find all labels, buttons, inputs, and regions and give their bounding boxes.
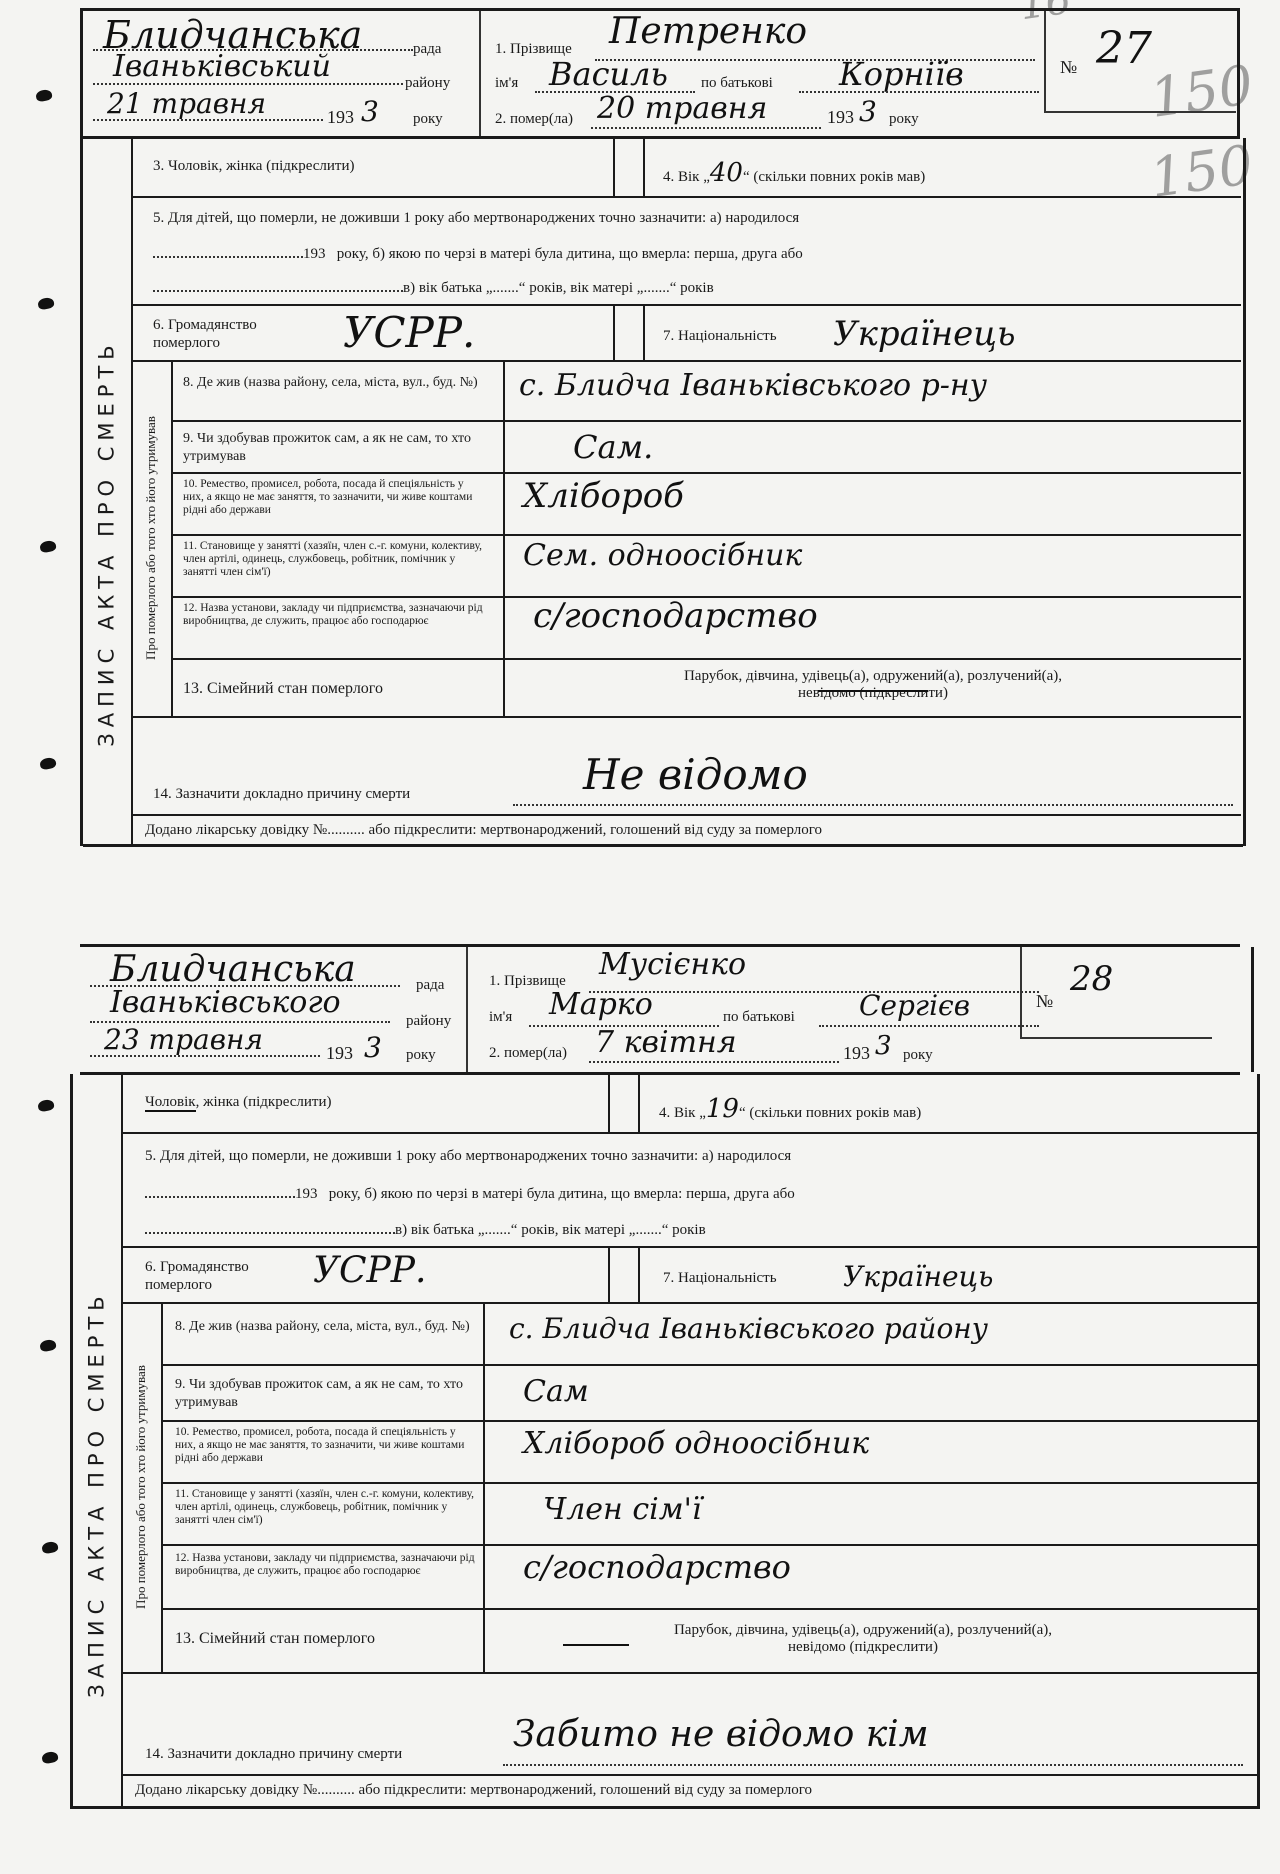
q5-line3: в) вік батька „.......“ років, вік матер… <box>153 280 714 297</box>
footer-note: Додано лікарську довідку №.......... або… <box>145 822 822 839</box>
citizenship-value: УСРР. <box>313 1250 426 1291</box>
q6-citizenship-label: 6. Громадянство померлого <box>153 316 293 352</box>
q11-status-label: 11. Становище у занятті (хазяїн, член с.… <box>183 540 483 579</box>
year-label: року <box>413 111 443 128</box>
number-label: № <box>1060 57 1077 78</box>
death-year-digit: 3 <box>859 95 877 128</box>
raion-value: Іваньківського <box>110 985 341 1020</box>
side-title: ЗАПИС АКТА ПРО СМЕРТЬ <box>73 1174 121 1814</box>
q12-institution-label: 12. Назва установи, закладу чи підприємс… <box>183 602 483 628</box>
employment-status-value: Член сім'ї <box>543 1492 701 1527</box>
q14-cause-label: 14. Зазначити докладно причину смерти <box>145 1746 402 1763</box>
institution-value: с/господарство <box>523 1548 791 1586</box>
death-date-value: 7 квітня <box>595 1025 737 1060</box>
cause-of-death-value: Забито не відомо кім <box>513 1714 929 1755</box>
q13-marital-label: 13. Сімейний стан померлого <box>175 1630 375 1648</box>
died-label: 2. помер(ла) <box>489 1045 567 1062</box>
surname-value: Мусієнко <box>599 947 746 982</box>
livelihood-value: Сам <box>523 1374 589 1409</box>
death-year-prefix: 193 <box>827 107 854 128</box>
record-year-prefix: 193 <box>326 1043 353 1064</box>
record-number-block: № 27 <box>1044 11 1236 113</box>
name-label: ім'я <box>489 1009 512 1026</box>
deceased-name-block: 1. Прізвище Мусієнко ім'я Марко по батьк… <box>479 947 1044 1072</box>
punch-hole <box>35 89 53 103</box>
footer-note: Додано лікарську довідку №.......... або… <box>135 1782 812 1799</box>
punch-hole <box>39 757 57 771</box>
q7-nationality-label: 7. Національність <box>663 328 777 345</box>
death-year-label: року <box>889 111 919 128</box>
q5-infant-label: 5. Для дітей, що померли, не доживши 1 р… <box>153 210 799 227</box>
employment-status-value: Сем. одноосібник <box>523 538 802 573</box>
patronymic-label: по батькові <box>723 1009 795 1026</box>
q5-line2: 193 року, б) якою по черзі в матері була… <box>153 246 803 263</box>
registry-office-block: Блидчанська рада Іваньківський району 21… <box>80 11 481 136</box>
name-value: Василь <box>549 55 668 93</box>
record-body: ЗАПИС АКТА ПРО СМЕРТЬ Чоловік, жінка (пі… <box>70 1074 1260 1809</box>
age-value: 40 <box>710 158 743 188</box>
marital-underline <box>818 690 928 692</box>
name-value: Марко <box>549 987 653 1022</box>
q3-gender-label: Чоловік, жінка (підкреслити) <box>145 1094 332 1111</box>
citizenship-value: УСРР. <box>343 308 475 357</box>
nationality-value: Українець <box>833 314 1016 354</box>
raion-label: району <box>406 1013 451 1030</box>
surname-value: Петренко <box>609 11 807 52</box>
death-year-digit: 3 <box>875 1031 892 1061</box>
q5-line2: 193 року, б) якою по черзі в матері була… <box>145 1186 795 1203</box>
side-title: ЗАПИС АКТА ПРО СМЕРТЬ <box>83 238 131 848</box>
q4-age-label: 4. Вік „19“ (скільки повних років мав) <box>659 1094 921 1124</box>
rada-value: Блидчанська <box>110 949 356 990</box>
died-label: 2. помер(ла) <box>495 111 573 128</box>
record-number: 27 <box>1096 23 1152 74</box>
q7-nationality-label: 7. Національність <box>663 1270 777 1287</box>
q8-residence-label: 8. Де жив (назва району, села, міста, ву… <box>175 1318 475 1336</box>
q10-occupation-label: 10. Ремество, промисел, робота, посада й… <box>175 1426 475 1465</box>
record-year-digit: 3 <box>364 1031 382 1064</box>
q12-institution-label: 12. Назва установи, закладу чи підприємс… <box>175 1552 475 1578</box>
cause-of-death-value: Не відомо <box>583 750 808 799</box>
patronymic-label: по батькові <box>701 75 773 92</box>
side-subtitle: Про померлого або того хто його утримува… <box>131 360 171 716</box>
death-year-prefix: 193 <box>843 1043 870 1064</box>
record-header: Блидчанська рада Іваньківський району 21… <box>80 8 1240 141</box>
q11-status-label: 11. Становище у занятті (хазяїн, член с.… <box>175 1488 475 1527</box>
punch-hole <box>41 1751 59 1765</box>
livelihood-value: Сам. <box>573 428 653 466</box>
record-date-value: 23 травня <box>104 1023 263 1056</box>
q6-citizenship-label: 6. Громадянство померлого <box>145 1258 285 1294</box>
rada-label: рада <box>416 977 444 994</box>
q4-age-label: 4. Вік „40“ (скільки повних років мав) <box>663 158 925 188</box>
rada-label: рада <box>413 41 441 58</box>
registry-office-block: Блидчанська рада Іваньківського району 2… <box>70 947 468 1072</box>
residence-value: с. Блидча Іваньківського району <box>509 1312 988 1345</box>
patronymic-value: Корніїв <box>839 55 964 93</box>
q10-occupation-label: 10. Ремество, промисел, робота, посада й… <box>183 478 483 517</box>
punch-hole <box>41 1541 59 1555</box>
death-year-label: року <box>903 1047 933 1064</box>
punch-hole <box>39 540 57 554</box>
name-label: ім'я <box>495 75 518 92</box>
occupation-value: Хлібороб одноосібник <box>523 1426 869 1461</box>
record-year-prefix: 193 <box>327 107 354 128</box>
patronymic-value: Сергієв <box>859 989 970 1022</box>
q13-options: Парубок, дівчина, удівець(а), одружений(… <box>503 1622 1223 1656</box>
record-date-value: 21 травня <box>107 87 266 120</box>
punch-hole <box>37 297 55 311</box>
raion-value: Іваньківський <box>113 49 331 84</box>
record-number-block: № 28 <box>1020 947 1212 1039</box>
q5-line3: в) вік батька „.......“ років, вік матер… <box>145 1222 706 1239</box>
side-subtitle: Про померлого або того хто його утримува… <box>121 1302 161 1672</box>
death-record-2: Блидчанська рада Іваньківського району 2… <box>80 944 1240 1804</box>
q8-residence-label: 8. Де жив (назва району, села, міста, ву… <box>183 374 483 392</box>
occupation-value: Хлібороб <box>523 476 684 516</box>
raion-label: району <box>405 75 450 92</box>
institution-value: с/господарство <box>533 596 818 636</box>
punch-hole <box>39 1339 57 1353</box>
marital-underline <box>563 1644 629 1646</box>
nationality-value: Українець <box>843 1260 993 1293</box>
number-label: № <box>1036 991 1053 1012</box>
year-label: року <box>406 1047 436 1064</box>
q13-options: Парубок, дівчина, удівець(а), одружений(… <box>523 668 1223 702</box>
q5-infant-label: 5. Для дітей, що померли, не доживши 1 р… <box>145 1148 791 1165</box>
record-number: 28 <box>1070 959 1113 999</box>
death-date-value: 20 травня <box>597 91 767 126</box>
q14-cause-label: 14. Зазначити докладно причину смерти <box>153 786 410 803</box>
deceased-name-block: 1. Прізвище Петренко ім'я Василь по бать… <box>479 11 1044 136</box>
punch-hole <box>37 1099 55 1113</box>
record-year-digit: 3 <box>361 95 379 128</box>
record-header: Блидчанська рада Іваньківського району 2… <box>80 944 1240 1077</box>
age-value: 19 <box>706 1094 739 1124</box>
q3-gender-label: 3. Чоловік, жінка (підкреслити) <box>153 158 355 175</box>
record-body: ЗАПИС АКТА ПРО СМЕРТЬ 3. Чоловік, жінка … <box>80 138 1246 846</box>
q13-marital-label: 13. Сімейний стан померлого <box>183 680 383 698</box>
residence-value: с. Блидча Іваньківського р-ну <box>519 368 987 403</box>
q9-livelihood-label: 9. Чи здобував прожиток сам, а як не сам… <box>175 1376 475 1412</box>
gender-underlined: Чоловік <box>145 1094 196 1112</box>
death-record-1: Блидчанська рада Іваньківський району 21… <box>80 8 1240 848</box>
q9-livelihood-label: 9. Чи здобував прожиток сам, а як не сам… <box>183 430 483 466</box>
